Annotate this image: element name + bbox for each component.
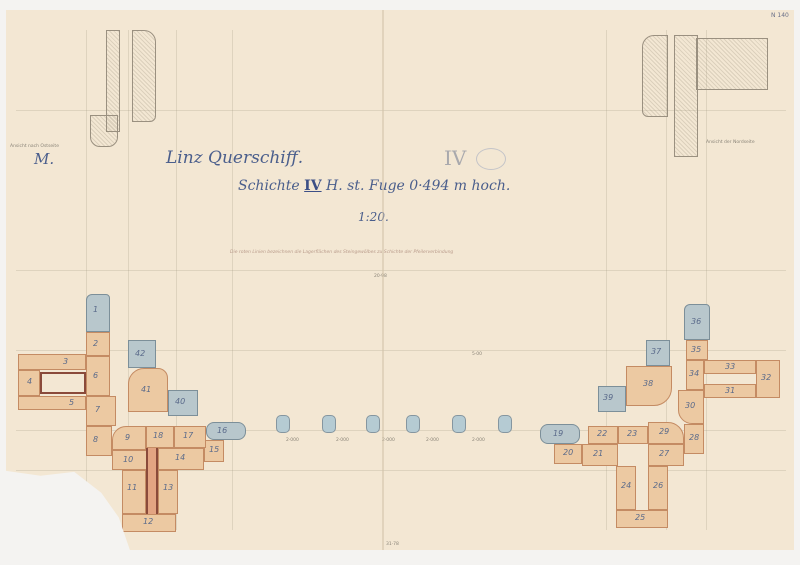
pier-section [498,415,512,433]
molding-profile [90,115,118,147]
pier-spacing: 2·000 [286,438,299,443]
title-line-1: Linz Querschiff. [166,148,303,168]
stone-6: 6 [86,356,110,396]
stone-22: 22 [588,426,618,444]
stone-5: 5 [18,396,86,410]
stone-17: 17 [174,426,206,448]
stone-27: 27 [648,444,684,466]
stone-24: 24 [616,466,636,510]
center-dimension: 20·98 [374,274,387,279]
stone-31: 31 [704,384,756,398]
stone-12: 12 [122,514,176,532]
stone-29: 29 [648,422,684,444]
stone-7: 7 [86,396,116,426]
roman-mark: IV [444,146,466,170]
stone-4: 4 [18,370,40,396]
right-view-label: Ansicht der Nordseite [706,140,755,145]
pier-spacing: 2·000 [426,438,439,443]
pier-section [366,415,380,433]
stone-20: 20 [554,444,582,464]
stone-37: 37 [646,340,670,366]
stone-32: 32 [756,360,780,398]
pier-spacing: 2·000 [472,438,485,443]
stone-2: 2 [86,332,110,356]
shaft-opening [40,372,86,394]
stone-15: 15 [204,440,224,462]
left-view-label: Ansicht nach Ostseite [10,144,59,149]
stamp-circle [476,148,506,170]
stone-21: 21 [582,444,618,466]
molding-profile [642,35,668,117]
mid-dimension: 5·00 [472,352,482,357]
title-suffix: H. st. Fuge 0·494 m hoch. [326,178,510,194]
stone-16: 16 [206,422,246,440]
stone-11: 11 [122,470,146,514]
sheet-number: N 140 [771,12,789,19]
stone-14: 14 [158,448,204,470]
stone-28: 28 [684,424,704,454]
stone-38: 38 [626,366,672,406]
stone-35: 35 [686,340,708,360]
stone-34: 34 [686,360,704,390]
bottom-dimension: 31·78 [386,542,399,547]
grid-line [706,30,707,530]
stone-25: 25 [616,510,668,528]
block-section-profile [696,38,768,90]
stone-40: 40 [168,390,198,416]
pier-spacing: 2·000 [382,438,395,443]
left-mark: M. [34,150,54,168]
stone-23: 23 [618,426,648,444]
rib-gap [636,446,648,510]
title-line-2: Schichte IV H. st. Fuge 0·494 m hoch. [238,178,510,194]
stone-8: 8 [86,426,112,456]
grid-line [232,30,233,530]
rib-t-section [146,446,158,516]
stone-9: 9 [112,426,146,450]
layer-number: IV [304,178,321,194]
stone-18: 18 [146,426,174,448]
pier-spacing: 2·000 [336,438,349,443]
stone-33: 33 [704,360,756,374]
stone-26: 26 [648,466,668,510]
stone-19: 19 [540,424,580,444]
stone-39: 39 [598,386,626,412]
stone-30: 30 [678,390,704,424]
molding-profile [132,30,156,122]
stone-42: 42 [128,340,156,368]
subtitle-note: Die roten Linien bezeichnen die Lagerflä… [230,250,453,255]
stone-10: 10 [112,450,148,470]
pier-section [276,415,290,433]
pier-section [406,415,420,433]
pier-section [322,415,336,433]
wall-section-profile [674,35,698,157]
drawing-sheet: Ansicht nach Ostseite Ansicht der Nordse… [6,10,794,550]
stone-3: 3 [18,354,86,370]
stone-41: 41 [128,368,168,412]
stone-13: 13 [158,470,178,514]
scale-label: 1:20. [358,210,389,224]
stone-36: 36 [684,304,710,340]
grid-line [16,270,786,271]
pier-section [452,415,466,433]
title-prefix: Schichte [238,178,300,194]
stone-1: 1 [86,294,110,332]
